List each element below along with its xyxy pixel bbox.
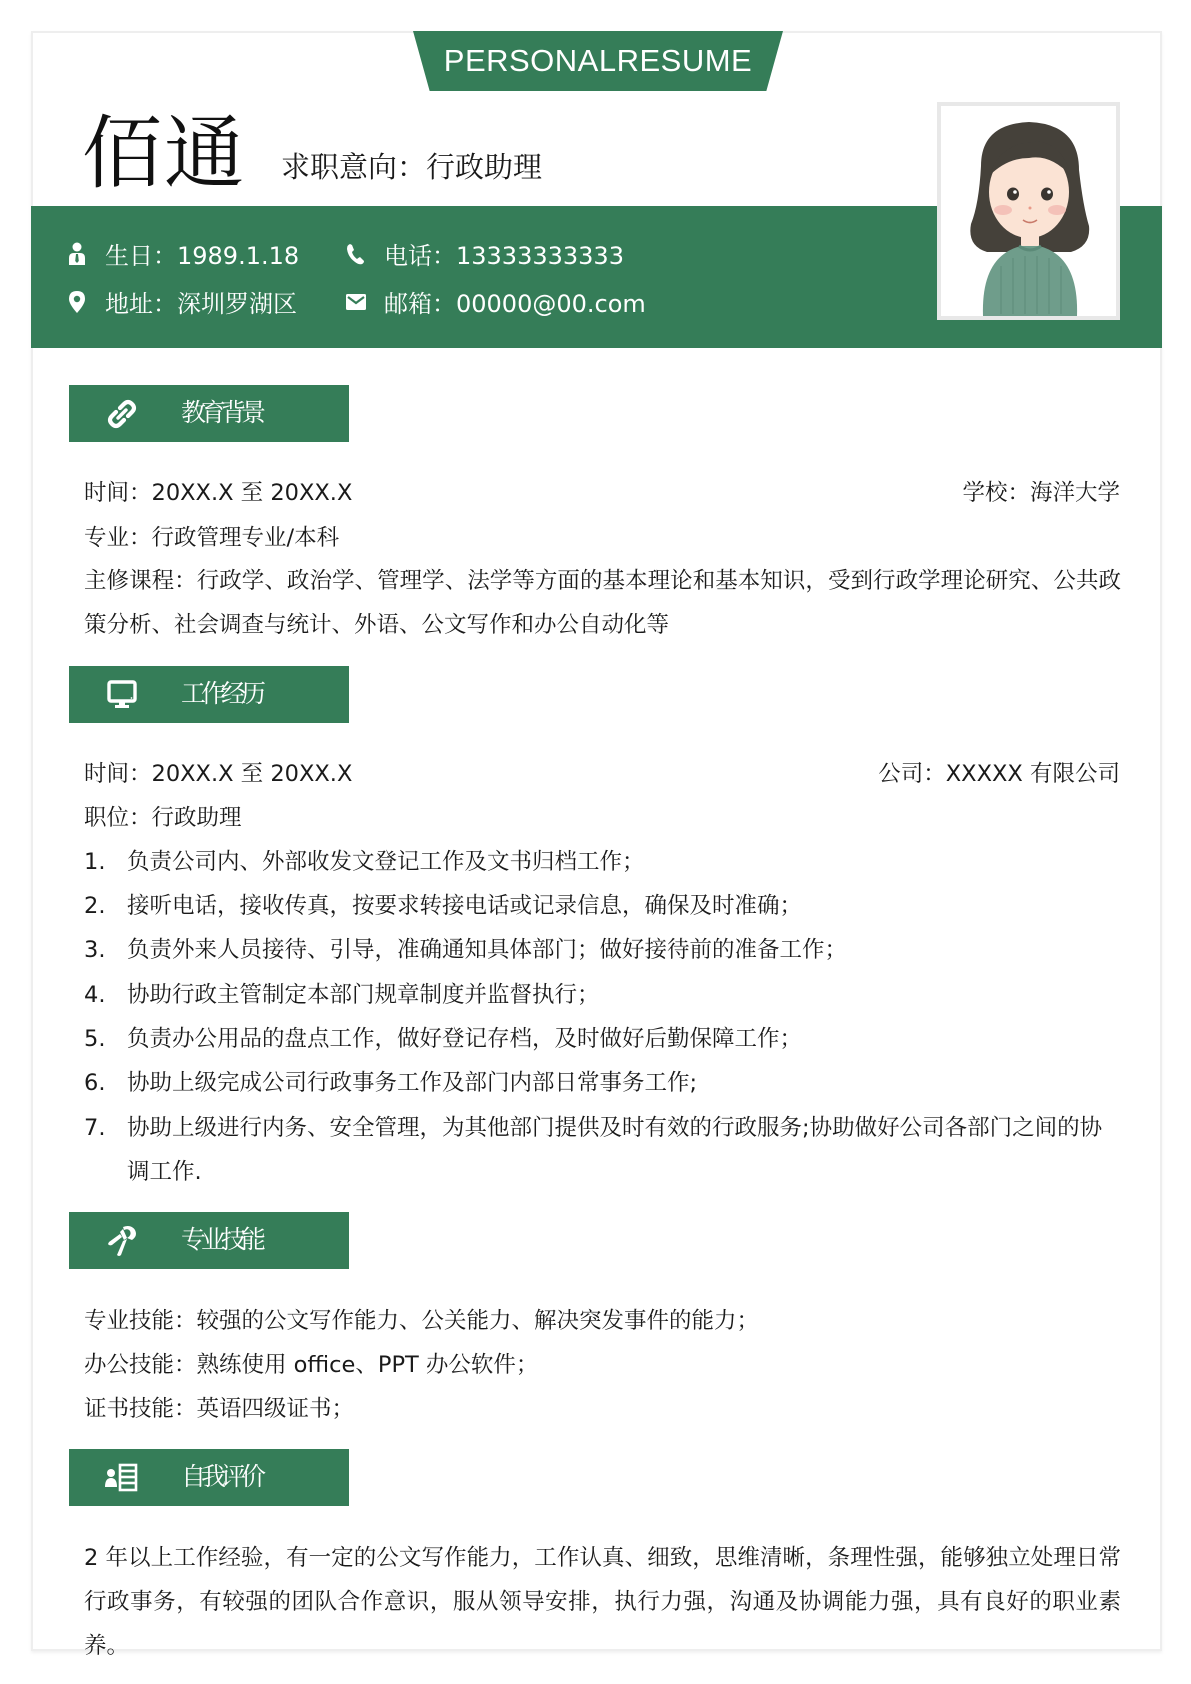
self-evaluation-text: 2 年以上工作经验，有一定的公文写作能力，工作认真、细致，思维清晰，条理性强，能… (84, 1536, 1121, 1668)
phone-text: 电话：13333333333 (384, 236, 624, 271)
contact-address: 地址：深圳罗湖区 (65, 284, 297, 319)
section-title-work: 工作经历 (181, 678, 261, 710)
contact-phone: 电话：13333333333 (344, 236, 624, 271)
monitor-icon (105, 679, 139, 711)
skill-office: 办公技能：熟练使用 office、PPT 办公软件； (84, 1350, 538, 1380)
envelope-icon (344, 289, 368, 315)
resume-banner: PERSONALRESUME (413, 31, 783, 91)
duty-item: 7. 协助上级进行内务、安全管理，为其他部门提供及时有效的行政服务;协助做好公司… (84, 1106, 1121, 1194)
duty-item: 2. 接听电话，接收传真，按要求转接电话或记录信息，确保及时准确； (84, 884, 1121, 928)
work-company: 公司：XXXXX 有限公司 (878, 759, 1120, 789)
duty-item: 1. 负责公司内、外部收发文登记工作及文书归档工作； (84, 840, 1121, 884)
duty-item: 4. 协助行政主管制定本部门规章制度并监督执行； (84, 973, 1121, 1017)
duty-item: 3. 负责外来人员接待、引导，准确通知具体部门；做好接待前的准备工作； (84, 928, 1121, 972)
duty-item: 5. 负责办公用品的盘点工作，做好登记存档，及时做好后勤保障工作； (84, 1017, 1121, 1061)
duty-item: 6. 协助上级完成公司行政事务工作及部门内部日常事务工作; (84, 1061, 1121, 1105)
section-header-education: 教育背景 (69, 385, 349, 442)
skill-professional: 专业技能：较强的公文写作能力、公关能力、解决突发事件的能力； (84, 1306, 759, 1336)
skill-certificate: 证书技能：英语四级证书； (84, 1394, 354, 1424)
education-school: 学校：海洋大学 (962, 478, 1120, 508)
work-time: 时间：20XX.X 至 20XX.X (84, 759, 352, 789)
hand-grip-icon (105, 1225, 139, 1257)
section-title-self-eval: 自我评价 (181, 1461, 261, 1493)
education-major: 专业：行政管理专业/本科 (84, 523, 339, 553)
phone-icon (344, 241, 368, 267)
education-courses: 主修课程：行政学、政治学、管理学、法学等方面的基本理论和基本知识，受到行政学理论… (84, 559, 1121, 647)
education-time: 时间：20XX.X 至 20XX.X (84, 478, 352, 508)
section-title-skills: 专业技能 (181, 1224, 261, 1256)
contact-birthday: 生日：1989.1.18 (65, 236, 299, 271)
email-text: 邮箱：00000@00.com (384, 284, 646, 319)
job-intent: 求职意向：行政助理 (281, 145, 542, 186)
profile-list-icon (105, 1462, 139, 1494)
candidate-name: 佰通 (82, 108, 246, 200)
link-icon (105, 398, 139, 430)
birthday-text: 生日：1989.1.18 (105, 236, 299, 271)
section-header-work: 工作经历 (69, 666, 349, 723)
user-tie-icon (65, 241, 89, 267)
map-pin-icon (65, 289, 89, 315)
section-header-skills: 专业技能 (69, 1212, 349, 1269)
address-text: 地址：深圳罗湖区 (105, 284, 297, 319)
work-position: 职位：行政助理 (84, 803, 242, 833)
section-header-self-eval: 自我评价 (69, 1449, 349, 1506)
contact-email: 邮箱：00000@00.com (344, 284, 646, 319)
section-title-education: 教育背景 (181, 397, 261, 429)
profile-photo (937, 102, 1120, 320)
